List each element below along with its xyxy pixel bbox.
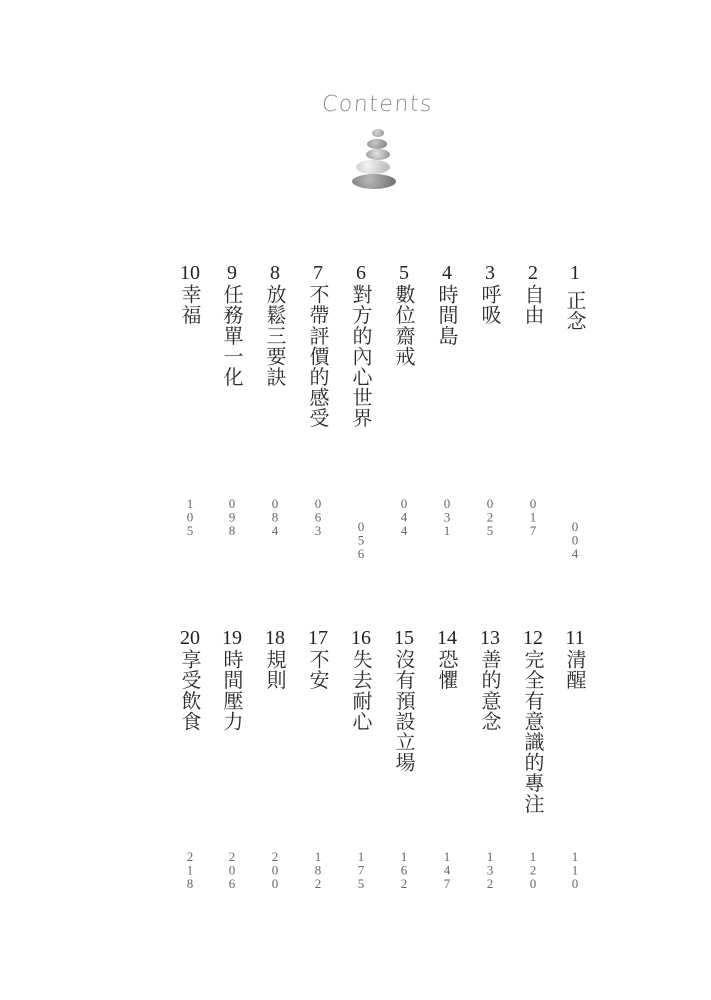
chapter-number: 17: [308, 627, 328, 649]
chapter-number: 1: [570, 262, 580, 284]
page-number: 200: [269, 849, 282, 890]
chapter-title: 完全有意識的專注: [522, 649, 544, 814]
chapter-number: 8: [270, 262, 280, 284]
page-number: 110: [569, 849, 582, 890]
stone-icon: [352, 174, 396, 189]
page-number: 105: [184, 496, 197, 537]
chapter-title: 數位齋戒: [393, 284, 415, 366]
chapter-number: 14: [437, 627, 457, 649]
page-number: 162: [398, 849, 411, 890]
page-number: 218: [184, 849, 197, 890]
chapter-title: 失去耐心: [350, 649, 372, 731]
chapter-number: 12: [523, 627, 543, 649]
page-number: 044: [398, 496, 411, 537]
page-number: 063: [312, 496, 325, 537]
chapter-number: 19: [222, 627, 242, 649]
chapter-number: 6: [356, 262, 366, 284]
chapter-number: 16: [351, 627, 371, 649]
chapter-number: 4: [442, 262, 452, 284]
chapter-number: 10: [180, 262, 200, 284]
chapter-number: 13: [480, 627, 500, 649]
contents-heading: Contents: [321, 92, 431, 117]
chapter-number: 15: [394, 627, 414, 649]
page-number: 182: [312, 849, 325, 890]
chapter-number: 20: [180, 627, 200, 649]
page-number: 025: [484, 496, 497, 537]
page-number: 004: [569, 519, 582, 560]
chapter-number: 11: [565, 627, 584, 649]
chapter-number: 9: [227, 262, 237, 284]
stone-icon: [366, 149, 390, 160]
page-number: 056: [355, 519, 368, 560]
page-number: 098: [226, 496, 239, 537]
chapter-title: 不安: [307, 649, 329, 690]
page-number: 147: [441, 849, 454, 890]
chapter-number: 3: [485, 262, 495, 284]
chapter-title: 時間壓力: [221, 649, 243, 731]
chapter-number: 5: [399, 262, 409, 284]
chapter-title: 幸福: [179, 284, 201, 325]
page-number: 084: [269, 496, 282, 537]
chapter-title: 不帶評價的感受: [307, 284, 329, 428]
chapter-title: 恐懼: [436, 649, 458, 690]
chapter-title: 自由: [522, 284, 544, 325]
chapter-title: 時間島: [436, 284, 458, 346]
chapter-title: 清醒: [564, 649, 586, 690]
page-number: 031: [441, 496, 454, 537]
chapter-number: 18: [265, 627, 285, 649]
stone-icon: [356, 160, 390, 174]
stone-icon: [372, 129, 384, 137]
chapter-number: 7: [313, 262, 323, 284]
chapter-title: 沒有預設立場: [393, 649, 415, 773]
stone-icon: [367, 139, 387, 149]
page-number: 206: [226, 849, 239, 890]
page-number: 120: [527, 849, 540, 890]
chapter-title: 享受飲食: [179, 649, 201, 731]
chapter-title: 對方的內心世界: [350, 284, 372, 428]
chapter-title: 任務單一化: [221, 284, 243, 387]
page-number: 175: [355, 849, 368, 890]
chapter-title: 規則: [264, 649, 286, 690]
chapter-title: 呼吸: [479, 284, 501, 325]
chapter-title: 放鬆三要訣: [264, 284, 286, 387]
chapter-number: 2: [528, 262, 538, 284]
stacked-stones-icon: [350, 126, 400, 190]
chapter-title: 正念: [564, 290, 586, 331]
page-number: 132: [484, 849, 497, 890]
page-number: 017: [527, 496, 540, 537]
chapter-title: 善的意念: [479, 649, 501, 731]
